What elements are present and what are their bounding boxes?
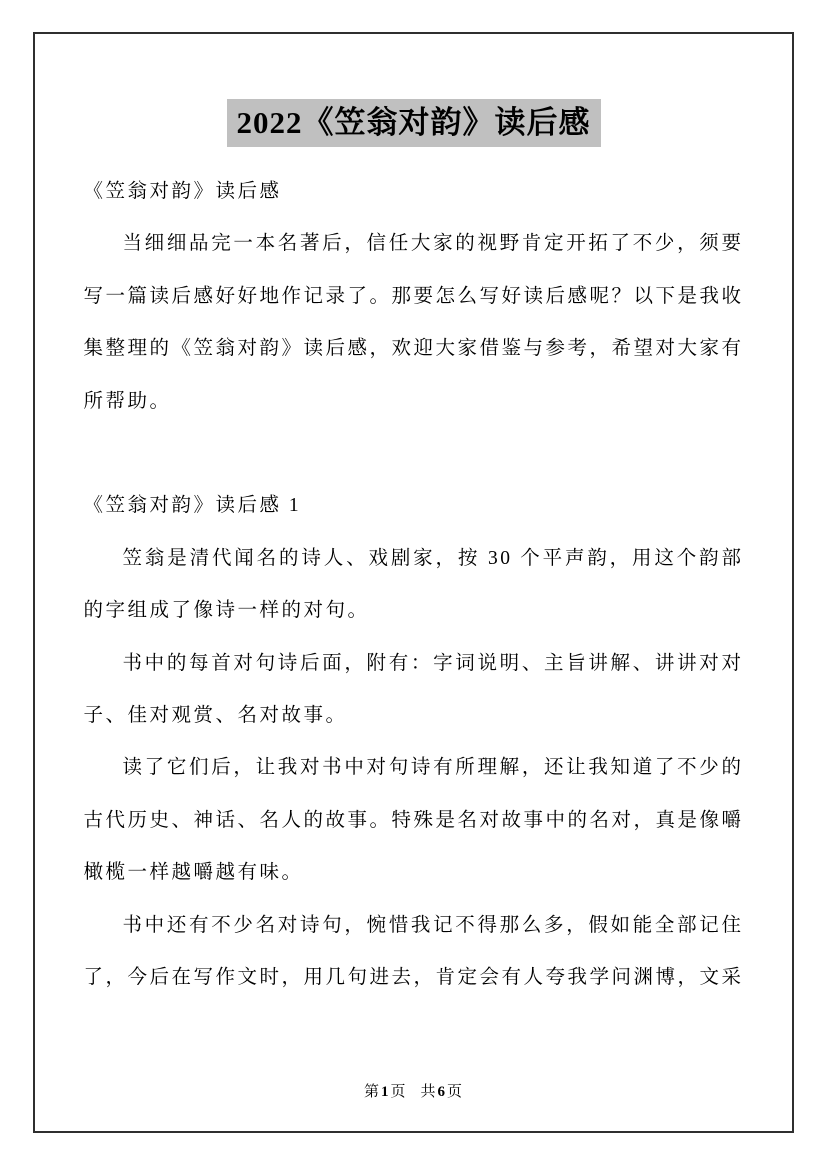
paragraph-body: 书中的每首对句诗后面，附有：字词说明、主旨讲解、讲讲对对子、佳对观赏、名对故事。 <box>84 638 744 743</box>
total-pages-indicator: 共6页 <box>421 1084 464 1100</box>
paragraph-section-heading: 《笠翁对韵》读后感 1 <box>84 480 744 532</box>
title-highlighted-text: 2022《笠翁对韵》读后感 <box>227 99 601 147</box>
total-prefix-label: 共 <box>421 1084 437 1100</box>
page-footer: 第1页共6页 <box>35 1084 792 1100</box>
paragraph-body: 笠翁是清代闻名的诗人、戏剧家，按 30 个平声韵，用这个韵部的字组成了像诗一样的… <box>84 533 744 638</box>
paragraph-body: 书中还有不少名对诗句，惋惜我记不得那么多，假如能全部记住了，今后在写作文时，用几… <box>84 900 744 1005</box>
paragraph-subtitle: 《笠翁对韵》读后感 <box>84 166 744 218</box>
blank-line <box>84 428 744 480</box>
document-title: 2022《笠翁对韵》读后感 <box>35 99 792 147</box>
page-prefix-label: 第 <box>364 1084 380 1100</box>
current-page-number: 1 <box>380 1084 391 1100</box>
current-page-indicator: 第1页 <box>364 1084 407 1100</box>
document-page: 2022《笠翁对韵》读后感 《笠翁对韵》读后感 当细细品完一本名著后，信任大家的… <box>33 32 794 1133</box>
total-pages-number: 6 <box>437 1084 448 1100</box>
paragraph-intro: 当细细品完一本名著后，信任大家的视野肯定开拓了不少，须要写一篇读后感好好地作记录… <box>84 218 744 428</box>
page-suffix-label: 页 <box>390 1084 406 1100</box>
document-body: 《笠翁对韵》读后感 当细细品完一本名著后，信任大家的视野肯定开拓了不少，须要写一… <box>84 166 744 1004</box>
paragraph-body: 读了它们后，让我对书中对句诗有所理解，还让我知道了不少的古代历史、神话、名人的故… <box>84 742 744 899</box>
total-suffix-label: 页 <box>447 1084 463 1100</box>
